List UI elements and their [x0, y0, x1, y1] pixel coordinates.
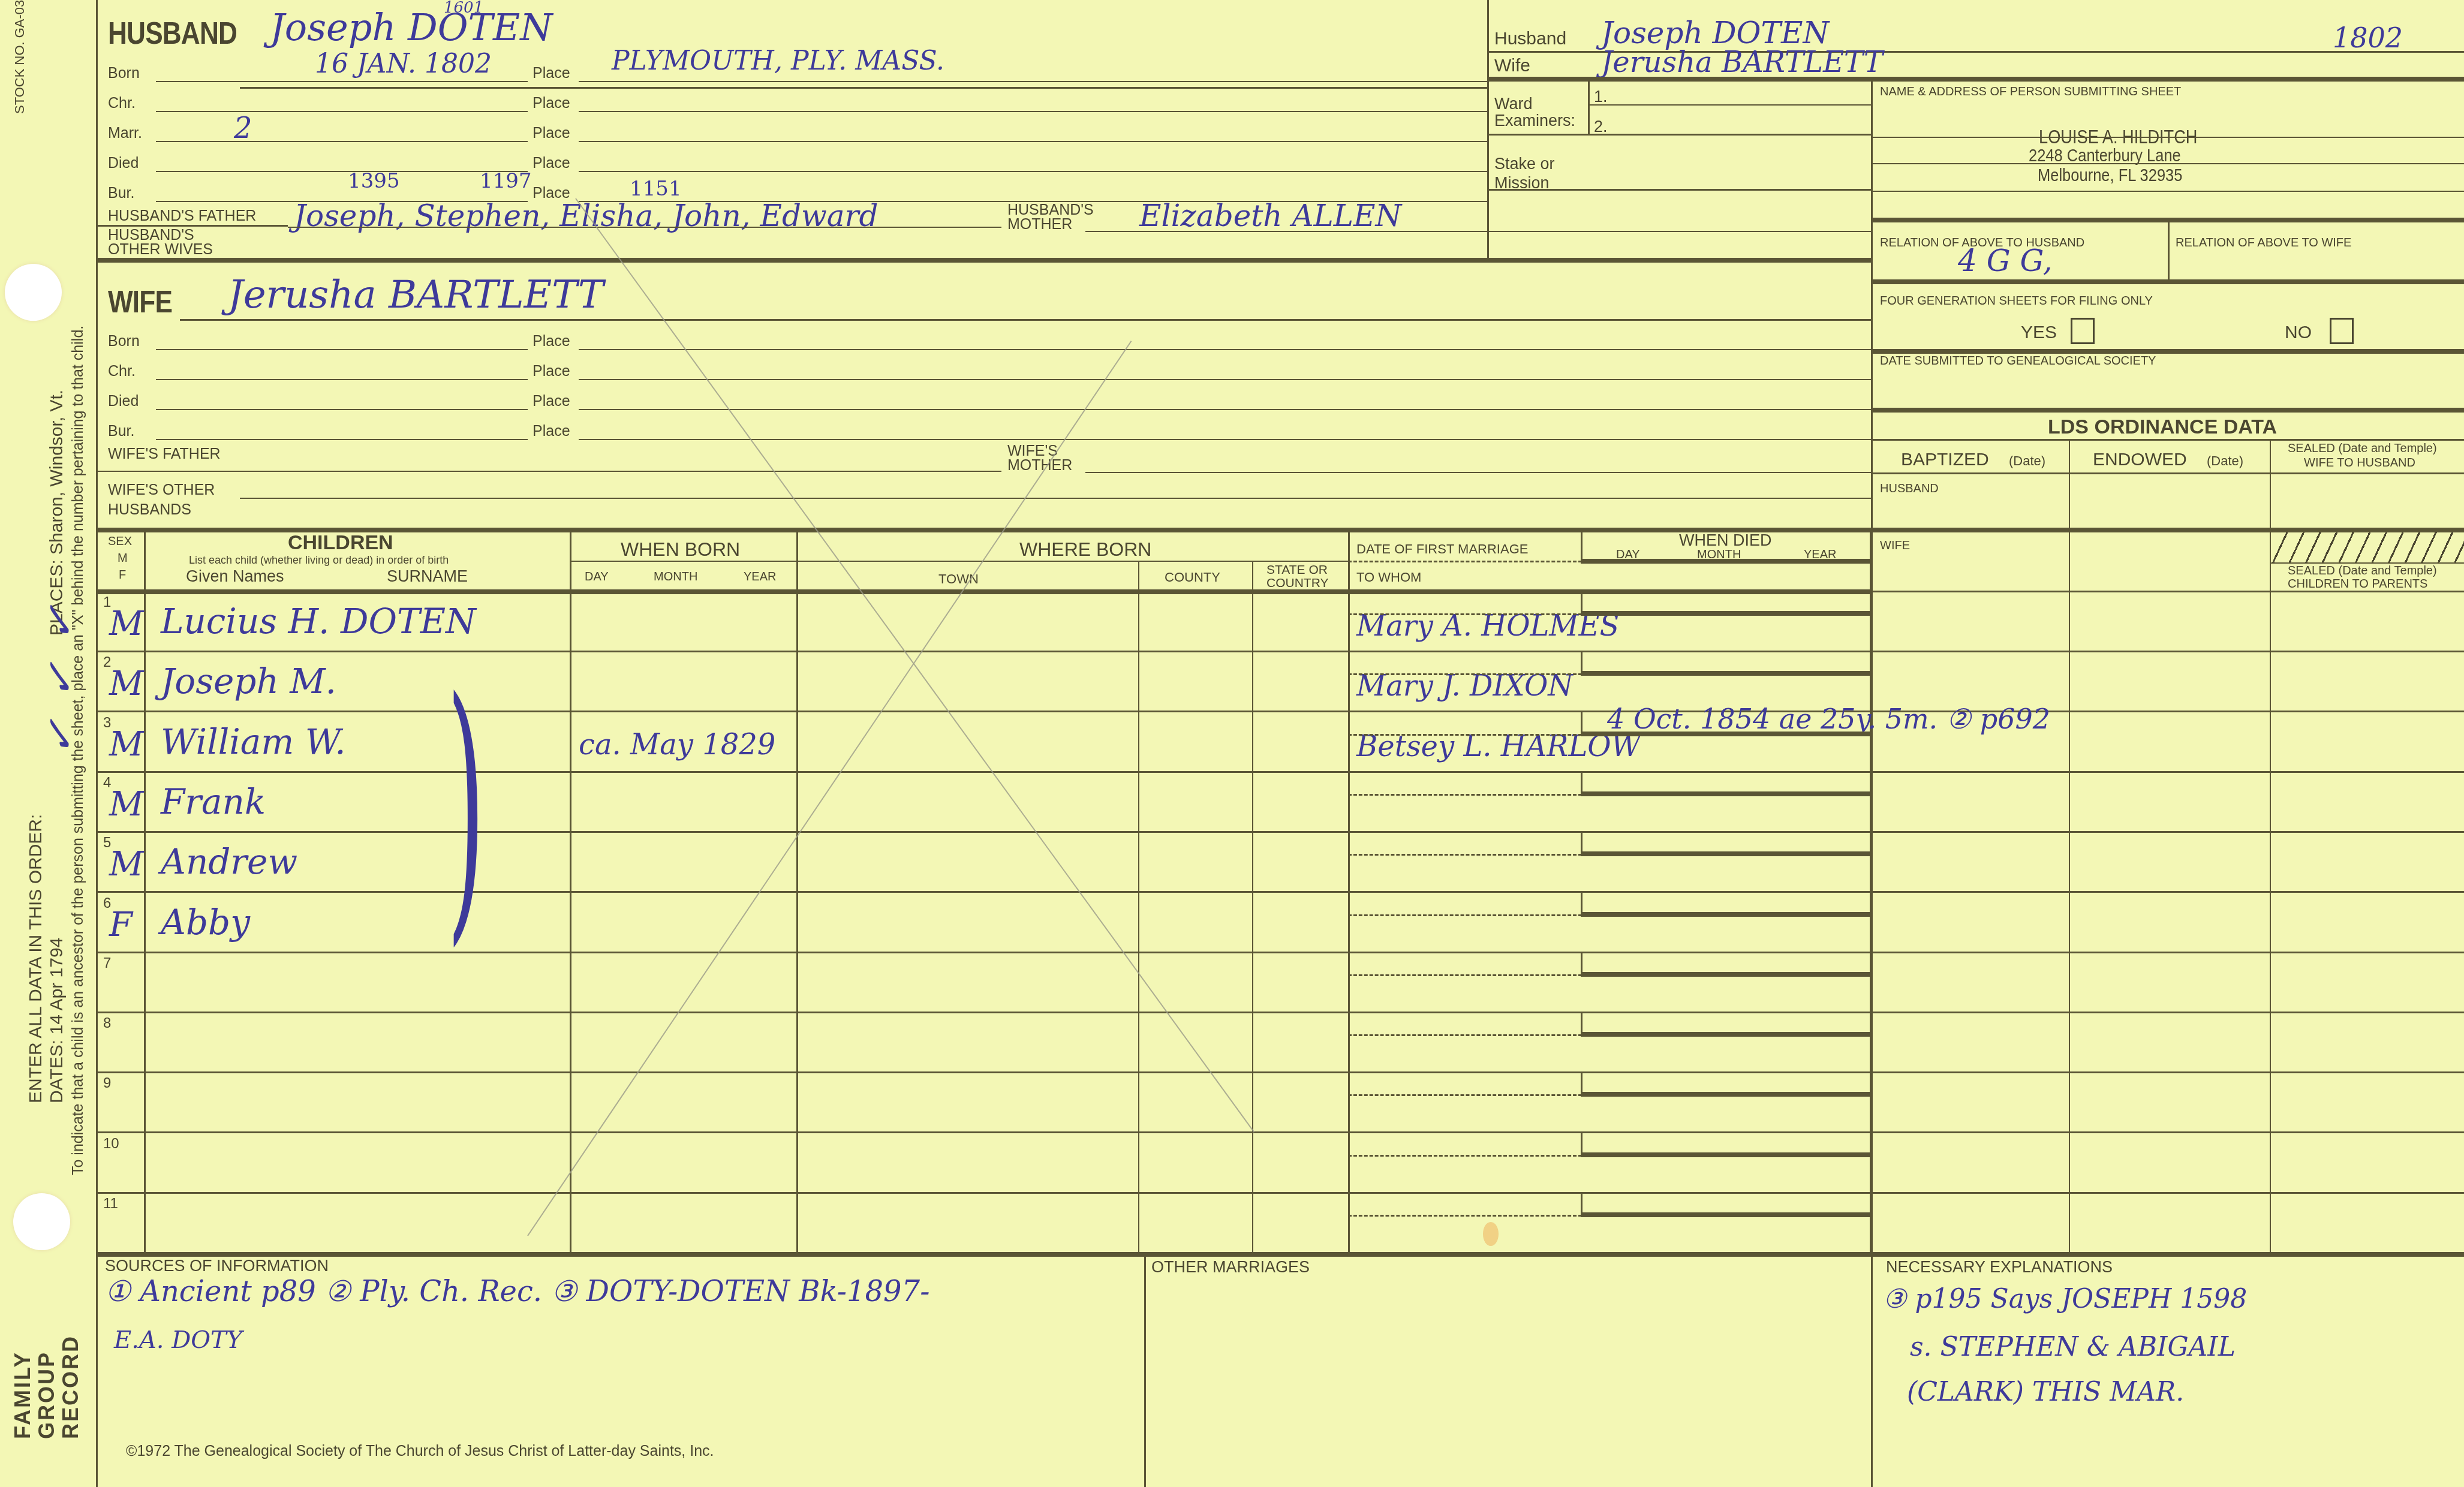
husband-born-date[interactable]: 16 JAN. 1802 [315, 51, 492, 77]
table-row[interactable] [96, 1071, 1871, 1131]
lds-endowed: ENDOWED [2093, 451, 2187, 469]
form-title-record: RECORD [60, 1335, 82, 1439]
child-number: 7 [103, 956, 111, 971]
marriage-date-line [1348, 673, 1582, 675]
died-divider [1581, 711, 1583, 734]
stake-mission-label: Stake or [1494, 156, 1555, 172]
child-spouse[interactable]: Mary J. DIXON [1356, 672, 1573, 700]
marriage-date-line [1348, 1094, 1582, 1096]
table-row[interactable] [96, 1012, 1871, 1071]
died-divider [1581, 771, 1583, 794]
husband-chr-place-label: Place [532, 96, 570, 111]
marriage-date-line [1348, 1034, 1582, 1036]
col-children: CHILDREN [288, 532, 393, 553]
wifes-father-label: WIFE'S FATHER [108, 447, 221, 462]
husband-name[interactable]: Joseph DOTEN [270, 9, 552, 46]
child-name[interactable]: Andrew [161, 844, 297, 879]
rp-wife-value[interactable]: Jerusha BARTLETT [1601, 48, 1883, 77]
col-born-month: MONTH [654, 571, 697, 583]
child-number: 11 [103, 1197, 118, 1211]
col-state: STATE OR [1266, 564, 1328, 576]
husbands-other-wives-label-2: OTHER WIVES [108, 242, 213, 257]
ward-examiners-label: Ward [1494, 96, 1533, 112]
died-line [1581, 1092, 1870, 1097]
instructions-dates: DATES: 14 Apr 1794 [48, 938, 66, 1103]
col-when-died: WHEN DIED [1679, 532, 1772, 549]
submitter-label: NAME & ADDRESS OF PERSON SUBMITTING SHEE… [1880, 86, 2181, 98]
four-gen-label: FOUR GENERATION SHEETS FOR FILING ONLY [1880, 295, 2153, 307]
died-divider [1581, 1132, 1583, 1155]
died-line [1581, 671, 1870, 676]
marriage-date-line [1348, 734, 1582, 736]
marriage-date-line [1348, 854, 1582, 856]
child-number: 10 [103, 1137, 119, 1151]
no-label: NO [2285, 324, 2312, 342]
sources-line-1[interactable]: ① Ancient p89 ② Ply. Ch. Rec. ③ DOTY-DOT… [105, 1277, 929, 1306]
husband-born-place-label: Place [532, 66, 570, 81]
ward-examiners-label-2: Examiners: [1494, 113, 1575, 129]
child-name[interactable]: Frank [161, 784, 266, 819]
wife-born-place-label: Place [532, 334, 570, 349]
husband-born-place[interactable]: PLYMOUTH, PLY. MASS. [612, 48, 944, 74]
child-sex[interactable]: M [109, 788, 143, 821]
wife-heading: WIFE [108, 287, 172, 318]
table-row[interactable] [96, 952, 1871, 1012]
instructions-enter-order: ENTER ALL DATA IN THIS ORDER: [27, 814, 45, 1103]
child-number: 9 [103, 1076, 111, 1091]
child-number: 8 [103, 1016, 111, 1031]
check-mark: ✓ [36, 660, 83, 702]
lds-title: LDS ORDINANCE DATA [2048, 417, 2277, 437]
child-name[interactable]: Lucius H. DOTEN [161, 604, 476, 639]
stock-number: STOCK NO. GA-03 [13, 0, 26, 114]
died-divider [1581, 591, 1583, 613]
died-line [1581, 1212, 1870, 1217]
col-to-whom: TO WHOM [1356, 571, 1421, 584]
died-divider [1581, 1071, 1583, 1094]
child-sex[interactable]: M [109, 728, 143, 761]
child-died[interactable]: 4 Oct. 1854 ae 25y. 5m. ② p692 [1607, 705, 2050, 733]
col-where-born: WHERE BORN [1019, 540, 1151, 559]
marriage-date-line [1348, 613, 1582, 615]
died-divider [1581, 892, 1583, 914]
died-line [1581, 732, 1870, 736]
died-line [1581, 851, 1870, 856]
husband-marr-value[interactable]: 2 [234, 114, 252, 143]
col-state-2: COUNTRY [1266, 577, 1328, 589]
husband-born-label: Born [108, 66, 140, 81]
died-divider [1581, 651, 1583, 673]
died-line [1581, 912, 1870, 917]
husbands-mother-value[interactable]: Elizabeth ALLEN [1139, 201, 1401, 231]
col-when-born: WHEN BORN [621, 540, 740, 559]
husband-bur-note: 1395 [348, 171, 400, 191]
marriage-date-line [1348, 974, 1582, 976]
instructions-places: PLACES: Sharon, Windsor, Vt. [48, 390, 66, 636]
col-county: COUNTY [1165, 571, 1220, 584]
died-line [1581, 1032, 1870, 1037]
table-row[interactable] [96, 1192, 1871, 1252]
wifes-other-husbands-label: WIFE'S OTHER [108, 483, 215, 498]
lds-sealed-children-2: CHILDREN TO PARENTS [2288, 578, 2427, 590]
sources-line-2[interactable]: E.A. DOTY [114, 1328, 242, 1352]
lds-baptized-date: (Date) [2009, 454, 2045, 468]
died-line [1581, 972, 1870, 977]
child-name[interactable]: William W. [161, 724, 346, 759]
wife-died-place-label: Place [532, 394, 570, 409]
col-first-marriage: DATE OF FIRST MARRIAGE [1356, 543, 1528, 556]
husband-bur-note: 1151 [630, 179, 682, 199]
wife-born-label: Born [108, 334, 140, 349]
col-surname: SURNAME [387, 568, 468, 585]
examiner-2[interactable]: 2. [1594, 119, 1608, 135]
form-title-family: FAMILY [12, 1351, 34, 1439]
husband-name-note: 1601 [444, 0, 483, 16]
child-sex[interactable]: F [109, 908, 133, 942]
sources-label: SOURCES OF INFORMATION [105, 1258, 329, 1274]
explanations-label: NECESSARY EXPLANATIONS [1886, 1259, 2113, 1275]
wife-name[interactable]: Jerusha BARTLETT [228, 276, 604, 314]
wifes-mother-label-2: MOTHER [1007, 458, 1072, 473]
lds-sealed-wife-1: SEALED (Date and Temple) [2288, 443, 2437, 454]
table-row[interactable] [96, 651, 1871, 711]
binder-hole-top [5, 264, 62, 321]
wife-died-label: Died [108, 394, 139, 409]
lds-sealed-wife-2: WIFE TO HUSBAND [2304, 457, 2415, 469]
wife-bur-place-label: Place [532, 424, 570, 439]
col-sex: SEX [108, 535, 132, 547]
table-row[interactable] [96, 892, 1871, 952]
husband-marr-label: Marr. [108, 126, 142, 141]
submitter-street: 2248 Canterbury Lane [2029, 147, 2181, 165]
marriage-date-line [1348, 1215, 1582, 1217]
yes-label: YES [2021, 324, 2057, 342]
col-sex-m: M [118, 552, 128, 564]
col-born-year: YEAR [744, 571, 776, 583]
child-spouse[interactable]: Mary A. HOLMES [1356, 612, 1619, 640]
form-title-group: GROUP [36, 1351, 58, 1439]
child-sex[interactable]: M [109, 667, 143, 701]
husbands-mother-label-2: MOTHER [1007, 217, 1072, 232]
date-submitted-label: DATE SUBMITTED TO GENEALOGICAL SOCIETY [1880, 355, 2156, 367]
explanations-line-3[interactable]: (CLARK) THIS MAR. [1907, 1379, 2184, 1405]
lds-baptized: BAPTIZED [1901, 451, 1989, 469]
died-divider [1581, 831, 1583, 854]
lds-wife-row: WIFE [1880, 540, 1910, 552]
table-row[interactable] [96, 771, 1871, 831]
lds-sealed-children-1: SEALED (Date and Temple) [2288, 565, 2437, 577]
rp-husband-value[interactable]: Joseph DOTEN [1601, 18, 1829, 48]
husband-died-place-label: Place [532, 156, 570, 171]
yes-checkbox[interactable] [2071, 318, 2095, 344]
lds-husband-row: HUSBAND [1880, 483, 1939, 495]
rp-wife-label: Wife [1494, 57, 1530, 75]
child-name[interactable]: Abby [161, 905, 250, 940]
marriage-date-line [1348, 794, 1582, 796]
copyright: ©1972 The Genealogical Society of The Ch… [126, 1444, 714, 1459]
wife-chr-label: Chr. [108, 364, 136, 379]
relation-wife-label: RELATION OF ABOVE TO WIFE [2176, 237, 2351, 249]
child-born[interactable]: ca. May 1829 [579, 730, 775, 759]
explanations-line-2[interactable]: s. STEPHEN & ABIGAIL [1910, 1334, 2236, 1360]
binder-hole-bottom [13, 1193, 70, 1250]
husband-bur-label: Bur. [108, 186, 134, 201]
rp-husband-label: Husband [1494, 30, 1566, 48]
child-sex[interactable]: M [109, 848, 143, 881]
lds-hatched-area [2272, 532, 2464, 562]
died-line [1581, 791, 1870, 796]
marriage-date-line [1348, 1155, 1582, 1157]
husbands-father-label: HUSBAND'S FATHER [108, 209, 256, 224]
table-row[interactable] [96, 1132, 1871, 1192]
husband-chr-label: Chr. [108, 96, 136, 111]
wife-chr-place-label: Place [532, 364, 570, 379]
husband-marr-place-label: Place [532, 126, 570, 141]
check-mark: ✓ [36, 717, 83, 758]
wifes-other-husbands-label-2: HUSBANDS [108, 502, 191, 517]
husband-bur-note: 1197 [480, 171, 532, 191]
examiner-1[interactable]: 1. [1594, 89, 1608, 105]
husband-died-label: Died [108, 156, 139, 171]
check-mark: ✓ [36, 603, 83, 645]
child-name[interactable]: Joseph M. [161, 664, 336, 699]
no-checkbox[interactable] [2330, 318, 2354, 344]
col-sex-f: F [119, 569, 126, 581]
relation-husband-value[interactable]: 4 G G, [1958, 246, 2053, 276]
explanations-line-1[interactable]: ③ p195 Says JOSEPH 1598 [1883, 1286, 2247, 1313]
paper-stain [1483, 1222, 1499, 1246]
wife-bur-label: Bur. [108, 424, 134, 439]
child-spouse[interactable]: Betsey L. HARLOW [1356, 732, 1641, 761]
children-bracket: ) [447, 666, 485, 947]
died-divider [1581, 952, 1583, 974]
col-children-instructions: List each child (whether living or dead)… [189, 555, 449, 565]
col-born-day: DAY [585, 571, 609, 583]
submitter-city: Melbourne, FL 32935 [2038, 167, 2182, 185]
died-divider [1581, 1012, 1583, 1034]
table-row[interactable] [96, 831, 1871, 891]
rp-year: 1802 [2333, 24, 2403, 52]
child-sex[interactable]: M [109, 607, 143, 641]
husband-heading: HUSBAND [108, 18, 237, 49]
other-marriages-label: OTHER MARRIAGES [1151, 1259, 1310, 1275]
died-divider [1581, 1192, 1583, 1215]
marriage-date-line [1348, 914, 1582, 916]
died-line [1581, 1152, 1870, 1157]
died-line [1581, 611, 1870, 616]
col-given-names: Given Names [186, 568, 284, 585]
lds-endowed-date: (Date) [2207, 454, 2243, 468]
